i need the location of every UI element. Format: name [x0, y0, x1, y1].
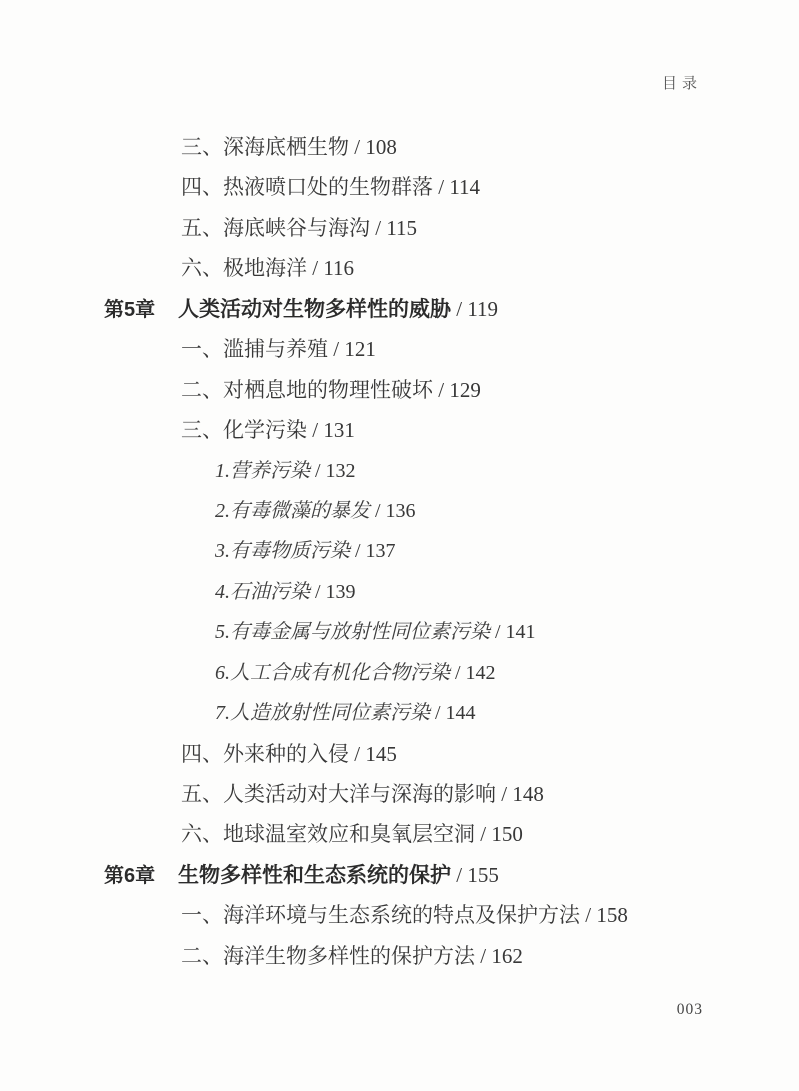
toc-entry: 四、外来种的入侵 / 145: [0, 734, 799, 774]
entry-page: / 131: [312, 418, 355, 442]
entry-page: / 145: [354, 742, 397, 766]
toc-entry: 7.人造放射性同位素污染 / 144: [0, 693, 799, 733]
toc-entry: 第5章人类活动对生物多样性的威胁 / 119: [0, 289, 799, 329]
entry-page: / 114: [438, 175, 480, 199]
page-number: 003: [677, 1001, 703, 1019]
entry-number: 一、: [181, 903, 223, 927]
entry-page: / 108: [354, 135, 397, 159]
entry-number: 4.: [215, 581, 230, 603]
entry-title: 滥捕与养殖: [223, 337, 328, 361]
toc-entry: 六、地球温室效应和臭氧层空洞 / 150: [0, 814, 799, 854]
entry-number: 五、: [181, 782, 223, 806]
entry-title: 有毒微藻的暴发: [230, 500, 370, 522]
page-header-label: 目录: [662, 72, 702, 93]
toc-entry: 一、海洋环境与生态系统的特点及保护方法 / 158: [0, 895, 799, 935]
toc-entry: 3.有毒物质污染 / 137: [0, 531, 799, 571]
entry-page: / 141: [495, 621, 536, 643]
entry-number: 六、: [181, 822, 223, 846]
toc-entry: 6.人工合成有机化合物污染 / 142: [0, 653, 799, 693]
entry-title: 人工合成有机化合物污染: [230, 662, 450, 684]
entry-number: 5.: [215, 621, 230, 643]
entry-number: 四、: [181, 742, 223, 766]
toc-entry: 2.有毒微藻的暴发 / 136: [0, 491, 799, 531]
entry-page: / 155: [456, 863, 499, 887]
entry-number: 2.: [215, 500, 230, 522]
entry-number: 二、: [181, 944, 223, 968]
entry-number: 第5章: [104, 290, 178, 330]
toc-entry: 1.营养污染 / 132: [0, 451, 799, 491]
entry-number: 7.: [215, 702, 230, 724]
toc-entry: 4.石油污染 / 139: [0, 572, 799, 612]
toc-entry: 五、人类活动对大洋与深海的影响 / 148: [0, 774, 799, 814]
entry-number: 6.: [215, 662, 230, 684]
entry-title: 人造放射性同位素污染: [230, 702, 430, 724]
entry-title: 深海底栖生物: [223, 135, 349, 159]
entry-page: / 116: [312, 256, 354, 280]
entry-title: 海洋环境与生态系统的特点及保护方法: [223, 903, 580, 927]
entry-number: 三、: [181, 135, 223, 159]
toc-entry: 五、海底峡谷与海沟 / 115: [0, 208, 799, 248]
toc-entry: 四、热液喷口处的生物群落 / 114: [0, 167, 799, 207]
entry-title: 人类活动对大洋与深海的影响: [223, 782, 496, 806]
entry-number: 三、: [181, 418, 223, 442]
entry-title: 外来种的入侵: [223, 742, 349, 766]
entry-title: 海底峡谷与海沟: [223, 216, 370, 240]
entry-page: / 115: [375, 216, 417, 240]
entry-title: 化学污染: [223, 418, 307, 442]
entry-page: / 142: [455, 662, 496, 684]
toc-entry: 二、海洋生物多样性的保护方法 / 162: [0, 936, 799, 976]
entry-title: 对栖息地的物理性破坏: [223, 378, 433, 402]
entry-page: / 129: [438, 378, 481, 402]
entry-page: / 121: [333, 337, 376, 361]
entry-page: / 136: [375, 500, 416, 522]
entry-number: 二、: [181, 378, 223, 402]
entry-page: / 158: [585, 903, 628, 927]
entry-page: / 148: [501, 782, 544, 806]
entry-title: 地球温室效应和臭氧层空洞: [223, 822, 475, 846]
entry-number: 3.: [215, 540, 230, 562]
entry-page: / 150: [480, 822, 523, 846]
entry-number: 四、: [181, 175, 223, 199]
entry-page: / 119: [456, 297, 498, 321]
entry-title: 人类活动对生物多样性的威胁: [178, 298, 451, 321]
entry-number: 1.: [215, 460, 230, 482]
entry-number: 五、: [181, 216, 223, 240]
entry-number: 第6章: [104, 856, 178, 896]
entry-page: / 144: [435, 702, 476, 724]
entry-title: 极地海洋: [223, 256, 307, 280]
toc-entry: 第6章生物多样性和生态系统的保护 / 155: [0, 855, 799, 895]
entry-page: / 162: [480, 944, 523, 968]
toc-entry: 三、深海底栖生物 / 108: [0, 127, 799, 167]
toc-entry: 六、极地海洋 / 116: [0, 248, 799, 288]
entry-number: 六、: [181, 256, 223, 280]
entry-title: 生物多样性和生态系统的保护: [178, 864, 451, 887]
entry-page: / 132: [315, 460, 356, 482]
entry-number: 一、: [181, 337, 223, 361]
toc-entry: 一、滥捕与养殖 / 121: [0, 329, 799, 369]
toc-entry: 5.有毒金属与放射性同位素污染 / 141: [0, 612, 799, 652]
entry-title: 热液喷口处的生物群落: [223, 175, 433, 199]
entry-page: / 139: [315, 581, 356, 603]
entry-title: 有毒金属与放射性同位素污染: [230, 621, 490, 643]
entry-title: 海洋生物多样性的保护方法: [223, 944, 475, 968]
toc-list: 三、深海底栖生物 / 108 四、热液喷口处的生物群落 / 114 五、海底峡谷…: [0, 127, 799, 976]
entry-title: 有毒物质污染: [230, 540, 350, 562]
toc-entry: 三、化学污染 / 131: [0, 410, 799, 450]
toc-entry: 二、对栖息地的物理性破坏 / 129: [0, 370, 799, 410]
entry-title: 石油污染: [230, 581, 310, 603]
entry-title: 营养污染: [230, 460, 310, 482]
entry-page: / 137: [355, 540, 396, 562]
